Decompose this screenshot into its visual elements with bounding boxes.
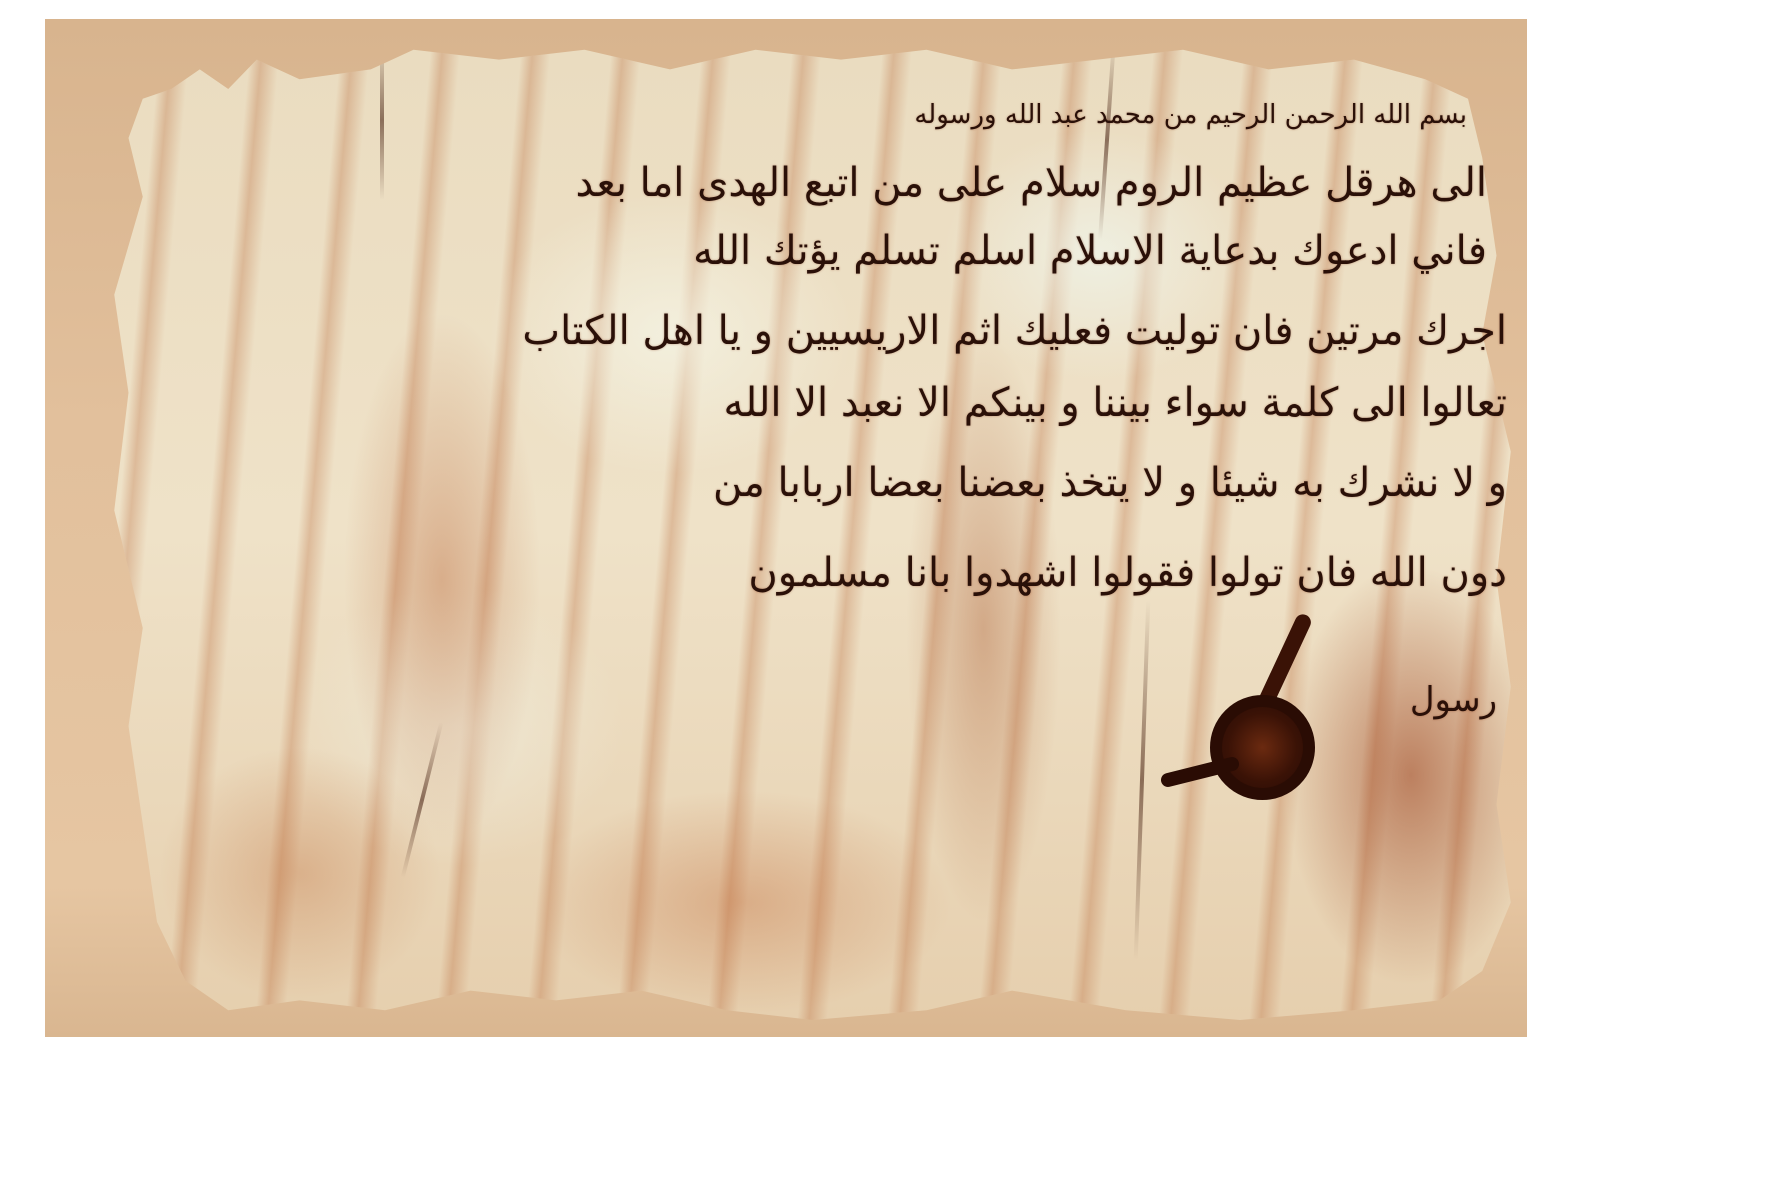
manuscript-line-5: تعالوا الى كلمة سواء بيننا و بينكم الا ن…: [724, 380, 1508, 426]
manuscript-text: بسم الله الرحمن الرحيم من محمد عبد الله …: [0, 0, 1767, 1188]
manuscript-line-4: اجرك مرتين فان توليت فعليك اثم الاريسيين…: [522, 308, 1507, 354]
manuscript-line-8: رسول: [1410, 680, 1497, 720]
seal-stamp-icon: [1210, 695, 1315, 800]
manuscript-line-7: دون الله فان تولوا فقولوا اشهدوا بانا مس…: [748, 550, 1507, 596]
manuscript-line-2: الى هرقل عظيم الروم سلام على من اتبع اله…: [576, 160, 1487, 206]
manuscript-line-3: فاني ادعوك بدعاية الاسلام اسلم تسلم يؤتك…: [693, 228, 1487, 274]
manuscript-line-1: بسم الله الرحمن الرحيم من محمد عبد الله …: [914, 100, 1467, 130]
manuscript-line-6: و لا نشرك به شيئا و لا يتخذ بعضنا بعضا ا…: [713, 460, 1507, 506]
